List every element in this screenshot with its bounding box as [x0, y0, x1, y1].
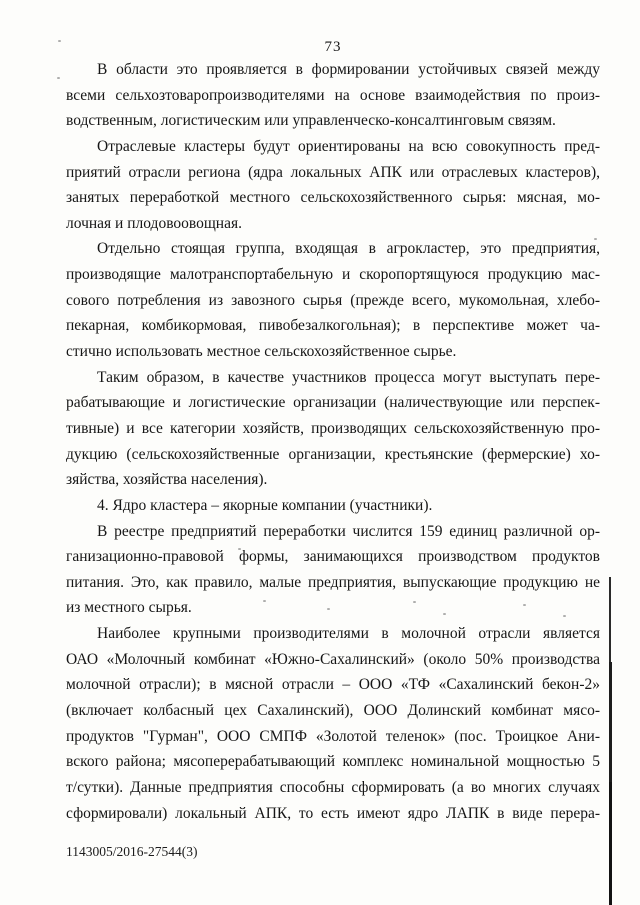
footer-reference: 1143005/2016-27544(3): [66, 843, 198, 860]
text-line: Отдельно стоящая группа, входящая в агро…: [66, 236, 600, 262]
text-line: продуктов "Гурман", ООО СМПФ «Золотой те…: [66, 724, 600, 750]
scan-speck: [327, 608, 330, 610]
text-line: молочной отрасли); в мясной отрасли – ОО…: [66, 672, 600, 698]
text-line: производящие малотранспортабельную и ско…: [66, 262, 600, 288]
text-line: лочная и плодовоовощная.: [66, 211, 600, 237]
text-line: занятых переработкой местного сельскохоз…: [66, 185, 600, 211]
scan-speck: [238, 548, 241, 550]
text-line: (включает колбасный цех Сахалинский), ОО…: [66, 698, 600, 724]
scan-speck: [523, 604, 526, 606]
text-line: 4. Ядро кластера – якорные компании (уча…: [66, 493, 600, 519]
text-line: ОАО «Молочный комбинат «Южно-Сахалинский…: [66, 647, 600, 673]
text-line: рабатывающие и логистические организации…: [66, 390, 600, 416]
text-line: зяйства, хозяйства населения).: [66, 467, 600, 493]
scan-speck: [57, 77, 60, 79]
document-page: 73 В области это проявляется в формирова…: [0, 0, 640, 905]
scan-artifact-line: [608, 577, 613, 905]
text-line: всеми сельхозтоваропроизводителями на ос…: [66, 83, 600, 109]
paragraph: 4. Ядро кластера – якорные компании (уча…: [66, 493, 600, 519]
scan-speck: [413, 601, 416, 603]
scan-speck: [563, 615, 566, 617]
text-line: сформировали) локальный АПК, то есть име…: [66, 801, 600, 827]
paragraph: Таким образом, в качестве участников про…: [66, 365, 600, 493]
scan-speck: [443, 613, 446, 615]
scan-speck: [58, 40, 61, 42]
text-line: Отраслевые кластеры будут ориентированы …: [66, 134, 600, 160]
text-line: В области это проявляется в формировании…: [66, 57, 600, 83]
page-number: 73: [66, 38, 600, 56]
document-body: В области это проявляется в формировании…: [66, 57, 600, 826]
paragraph: Отдельно стоящая группа, входящая в агро…: [66, 236, 600, 364]
text-line: тивные) и все категории хозяйств, произв…: [66, 416, 600, 442]
paragraph: Наиболее крупными производителями в моло…: [66, 621, 600, 826]
paragraph: Отраслевые кластеры будут ориентированы …: [66, 134, 600, 237]
text-line: т/сутки). Данные предприятия способны сф…: [66, 775, 600, 801]
text-line: стично использовать местное сельскохозяй…: [66, 339, 600, 365]
paragraph: В реестре предприятий переработки числит…: [66, 519, 600, 622]
scan-speck: [594, 238, 597, 240]
text-line: пекарная, комбикормовая, пивобезалкоголь…: [66, 313, 600, 339]
text-line: вского района; мясоперерабатывающий комп…: [66, 749, 600, 775]
paragraph: В области это проявляется в формировании…: [66, 57, 600, 134]
text-line: водственным, логистическим или управленч…: [66, 108, 600, 134]
text-line: сового потребления из завозного сырья (п…: [66, 288, 600, 314]
text-line: питания. Это, как правило, малые предпри…: [66, 570, 600, 596]
text-line: В реестре предприятий переработки числит…: [66, 519, 600, 545]
text-line: ганизационно-правовой формы, занимающихс…: [66, 544, 600, 570]
text-line: приятий отрасли региона (ядра локальных …: [66, 160, 600, 186]
text-line: Таким образом, в качестве участников про…: [66, 365, 600, 391]
text-line: из местного сырья.: [66, 595, 600, 621]
scan-speck: [263, 600, 266, 602]
text-line: дукцию (сельскохозяйственные организации…: [66, 442, 600, 468]
text-line: Наиболее крупными производителями в моло…: [66, 621, 600, 647]
